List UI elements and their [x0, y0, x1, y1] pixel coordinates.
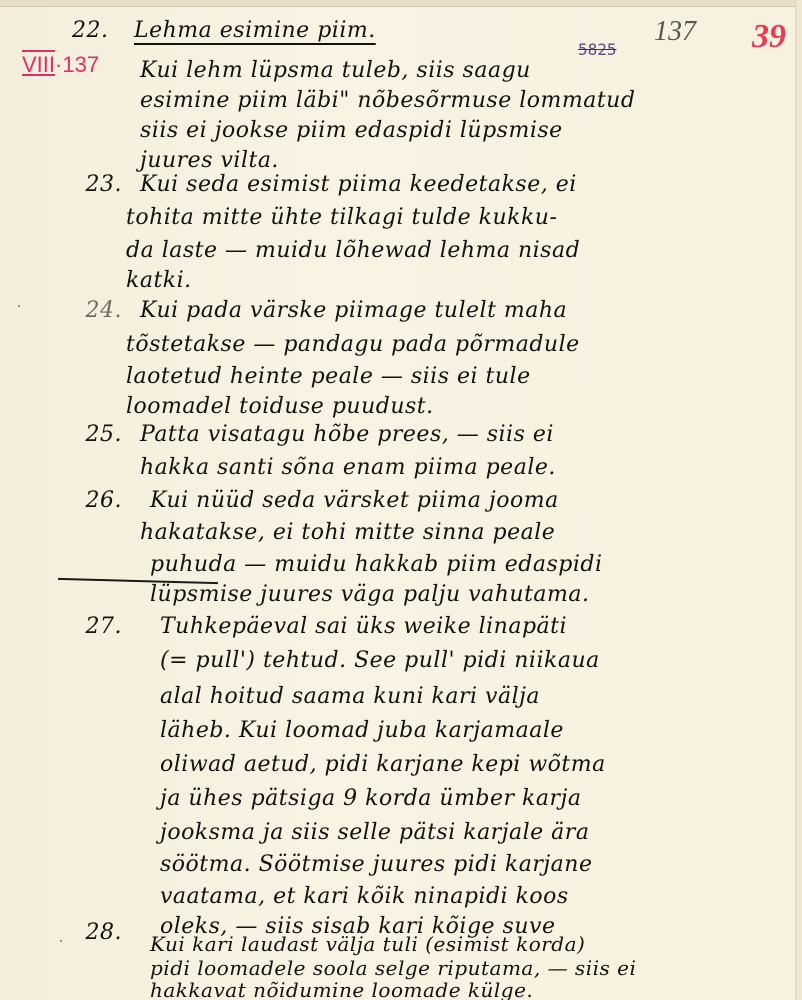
text-line: (= pull') tehtud. See pull' pidi niikaua [160, 648, 600, 673]
text-line: jooksma ja siis selle pätsi karjale ära [160, 820, 589, 845]
text-line: esimine piim läbi" nõbesõrmuse lommatud [140, 88, 635, 113]
entry-number: 28. [62, 920, 122, 945]
text-line: juures vilta. [140, 148, 279, 173]
text-line: hakka santi sõna enam piima peale. [140, 455, 556, 480]
red-page-number: 39 [752, 18, 786, 56]
archive-margin-mark: VIII·137 [22, 52, 99, 78]
heading-title: Lehma esimine piim. [134, 18, 376, 43]
archive-volume-roman: VIII [22, 52, 55, 77]
section-divider-line [58, 578, 218, 584]
text-line: laotetud heinte peale — siis ei tule [126, 364, 531, 389]
text-line: tohita mitte ühte tilkagi tulde kukku- [126, 205, 557, 230]
text-line: Kui pada värske piimage tulelt maha [140, 298, 567, 323]
text-line: loomadel toiduse puudust. [126, 394, 434, 419]
entry-number: 26. [62, 488, 122, 513]
text-line: Patta visatagu hõbe prees, — siis ei [140, 422, 554, 447]
text-line: hakkavat nõidumine loomade külge. [150, 978, 533, 1000]
text-line: ja ühes pätsiga 9 korda ümber karja [160, 786, 581, 811]
text-line: lüpsmise juures väga palju vahutama. [150, 582, 590, 607]
text-line: pidi loomadele soola selge riputama, — s… [150, 956, 636, 980]
pencil-page-number: 137 [654, 16, 696, 48]
entry-number: 24. [62, 298, 122, 323]
text-line: tõstetakse — pandagu pada põrmadule [126, 332, 580, 357]
crossed-stamp-number: 5825 [578, 40, 617, 59]
text-line: Kui nüüd seda värsket piima jooma [150, 488, 559, 513]
text-line: söötma. Söötmise juures pidi karjane [160, 852, 593, 877]
entry-number: 25. [62, 422, 122, 447]
text-line: Kui kari laudast välja tuli (esimist kor… [150, 932, 585, 956]
paper-speck [60, 940, 62, 942]
text-line: katki. [126, 268, 192, 293]
text-line: siis ei jookse piim edaspidi lüpsmise [140, 118, 563, 143]
text-line: da laste — muidu lõhewad lehma nisad [126, 238, 580, 263]
entry-number: 23. [62, 172, 122, 197]
heading-number: 22. [72, 18, 109, 43]
text-line: oliwad aetud, pidi karjane kepi wõtma [160, 752, 606, 777]
text-line: läheb. Kui loomad juba karjamaale [160, 718, 564, 743]
section-heading: 22. Lehma esimine piim. [72, 18, 376, 43]
paper-right-edge [795, 0, 802, 1000]
text-line: hakatakse, ei tohi mitte sinna peale [140, 520, 555, 545]
text-line: Tuhkepäeval sai üks weike linapäti [160, 614, 567, 639]
text-line: puhuda — muidu hakkab piim edaspidi [150, 552, 602, 577]
entry-number: 27. [62, 614, 122, 639]
text-line: Kui lehm lüpsma tuleb, siis saagu [140, 58, 531, 83]
text-line: alal hoitud saama kuni kari välja [160, 684, 540, 709]
text-line: vaatama, et kari kõik ninapidi koos [160, 884, 569, 909]
manuscript-page: VIII·137 5825 137 39 22. Lehma esimine p… [0, 0, 802, 1000]
paper-top-edge [0, 0, 802, 7]
text-line: Kui seda esimist piima keedetakse, ei [140, 172, 577, 197]
paper-speck [18, 305, 20, 307]
archive-volume-number: 137 [62, 52, 99, 77]
